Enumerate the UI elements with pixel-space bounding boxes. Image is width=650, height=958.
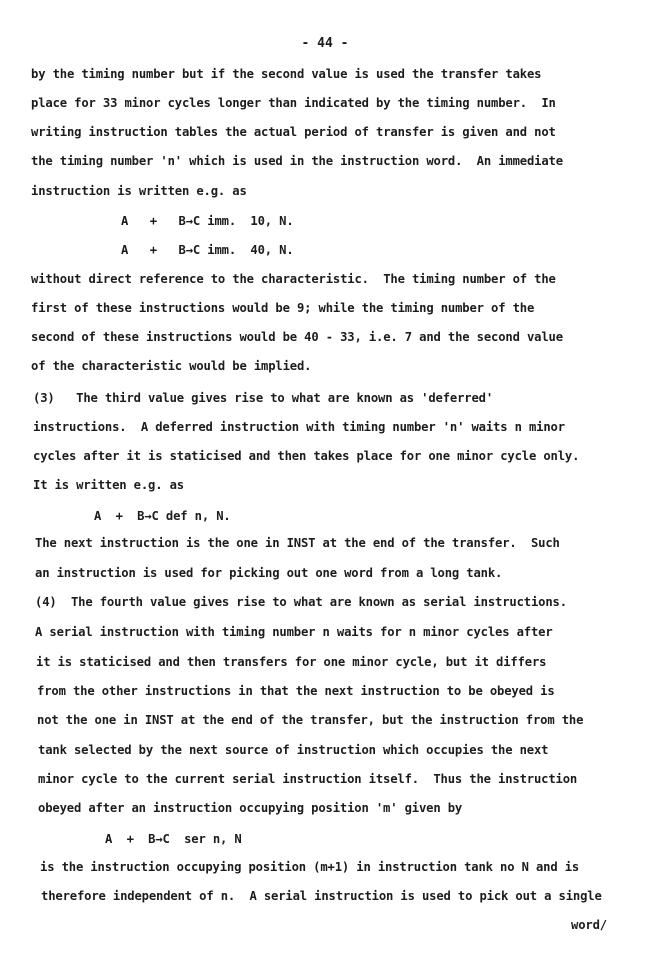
text-line: second of these instructions would be 40… (31, 329, 563, 345)
page-number: - 44 - (0, 36, 650, 51)
text-line: tank selected by the next source of inst… (38, 742, 548, 758)
text-line: (3) The third value gives rise to what a… (33, 390, 493, 406)
text-line: not the one in INST at the end of the tr… (37, 712, 583, 728)
text-line: first of these instructions would be 9; … (31, 300, 534, 316)
text-line: word/ (571, 917, 607, 933)
formula-line: A + B→C imm. 40, N. (121, 242, 294, 258)
text-line: an instruction is used for picking out o… (35, 565, 502, 581)
text-line: of the characteristic would be implied. (31, 358, 311, 374)
text-line: place for 33 minor cycles longer than in… (31, 95, 556, 111)
text-line: therefore independent of n. A serial ins… (41, 888, 602, 904)
text-line: the timing number 'n' which is used in t… (31, 153, 563, 169)
text-line: it is staticised and then transfers for … (36, 654, 546, 670)
text-line: instructions. A deferred instruction wit… (33, 419, 565, 435)
formula-line: A + B→C ser n, N (105, 831, 242, 847)
text-line: It is written e.g. as (33, 477, 184, 493)
text-line: obeyed after an instruction occupying po… (38, 800, 462, 816)
text-line: (4) The fourth value gives rise to what … (35, 594, 567, 610)
formula-line: A + B→C imm. 10, N. (121, 213, 294, 229)
text-line: without direct reference to the characte… (31, 271, 556, 287)
text-line: The next instruction is the one in INST … (35, 535, 560, 551)
text-line: instruction is written e.g. as (31, 183, 247, 199)
text-line: from the other instructions in that the … (37, 683, 555, 699)
text-line: is the instruction occupying position (m… (40, 859, 579, 875)
text-line: minor cycle to the current serial instru… (38, 771, 577, 787)
text-line: cycles after it is staticised and then t… (33, 448, 579, 464)
text-line: writing instruction tables the actual pe… (31, 124, 556, 140)
formula-line: A + B→C def n, N. (94, 508, 231, 524)
text-line: A serial instruction with timing number … (35, 624, 553, 640)
text-line: by the timing number but if the second v… (31, 66, 541, 82)
